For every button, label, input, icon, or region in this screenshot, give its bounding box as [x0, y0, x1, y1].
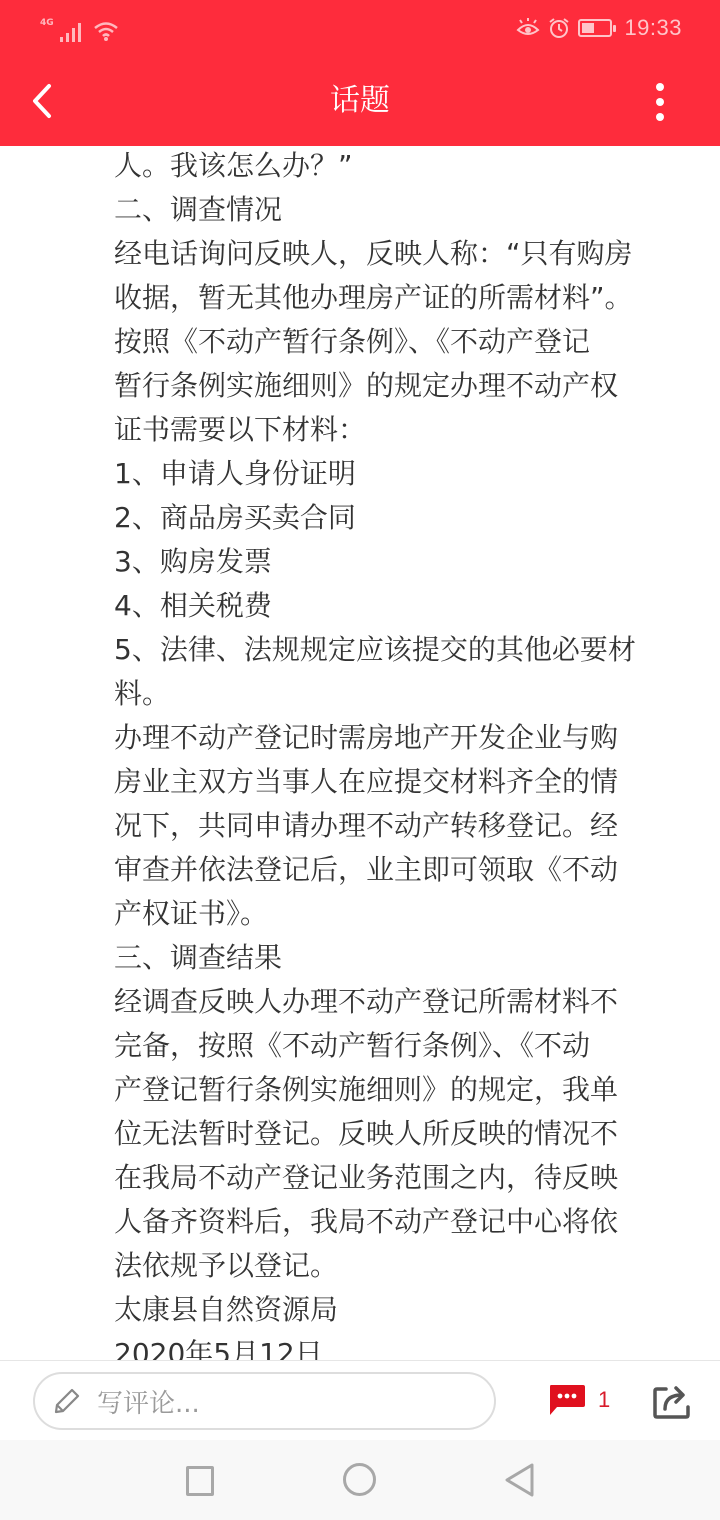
signature-organization: 太康县自然资源局 [114, 1288, 694, 1332]
nav-back-button[interactable] [503, 1462, 537, 1498]
article-line: 暂行条例实施细则》的规定办理不动产权 [114, 364, 694, 408]
eye-comfort-icon [516, 17, 540, 39]
article-line: 经电话询问反映人，反映人称：“只有购房 [114, 232, 694, 276]
comment-count: 1 [598, 1387, 610, 1413]
article-line: 证书需要以下材料： [114, 408, 694, 452]
article-line: 审查并依法登记后，业主即可领取《不动 [114, 848, 694, 892]
list-item: 3、购房发票 [114, 540, 694, 584]
article-line: 经调查反映人办理不动产登记所需材料不 [114, 980, 694, 1024]
article-line: 人。我该怎么办？” [114, 146, 694, 188]
system-nav-bar [0, 1440, 720, 1520]
home-button[interactable] [343, 1463, 376, 1496]
article-line: 办理不动产登记时需房地产开发企业与购 [114, 716, 694, 760]
comment-bar: 写评论... 1 [0, 1360, 720, 1440]
more-options-button[interactable] [642, 80, 678, 124]
list-item: 2、商品房买卖合同 [114, 496, 694, 540]
network-type-label: 4G [40, 18, 54, 28]
article-line: 产权证书》。 [114, 892, 694, 936]
comment-input[interactable]: 写评论... [33, 1372, 496, 1430]
comments-button[interactable]: 1 [548, 1383, 610, 1417]
article-line: 收据，暂无其他办理房产证的所需材料”。 [114, 276, 694, 320]
recent-apps-button[interactable] [186, 1466, 214, 1496]
list-item: 4、相关税费 [114, 584, 694, 628]
wifi-icon [93, 20, 119, 42]
list-item: 5、法律、法规规定应该提交的其他必要材 [114, 628, 694, 672]
status-left-group: 4G [40, 14, 119, 42]
more-vertical-icon-dot [656, 113, 664, 121]
status-bar: 4G 19:33 [0, 0, 720, 56]
more-vertical-icon-dot [656, 98, 664, 106]
app-bar: 话题 [0, 56, 720, 146]
section-heading-result: 三、调查结果 [114, 936, 694, 980]
article-line: 房业主双方当事人在应提交材料齐全的情 [114, 760, 694, 804]
list-item: 料。 [114, 672, 694, 716]
article-line: 完备，按照《不动产暂行条例》、《不动 [114, 1024, 694, 1068]
section-heading-investigation: 二、调查情况 [114, 188, 694, 232]
list-item: 1、申请人身份证明 [114, 452, 694, 496]
article-line: 人备齐资料后，我局不动产登记中心将依 [114, 1200, 694, 1244]
status-right-group: 19:33 [516, 12, 682, 44]
article-line: 在我局不动产登记业务范围之内，待反映 [114, 1156, 694, 1200]
clock: 19:33 [624, 15, 682, 41]
alarm-icon [548, 17, 570, 39]
article-line: 法依规予以登记。 [114, 1244, 694, 1288]
pencil-icon [53, 1387, 81, 1415]
article-body: 人。我该怎么办？” 二、调查情况 经电话询问反映人，反映人称：“只有购房 收据，… [114, 146, 694, 1360]
share-icon[interactable] [652, 1383, 692, 1419]
comment-placeholder: 写评论... [97, 1383, 200, 1420]
battery-icon [578, 19, 612, 37]
signal-icon [60, 20, 81, 42]
article-line: 按照《不动产暂行条例》、《不动产登记 [114, 320, 694, 364]
more-vertical-icon-dot [656, 83, 664, 91]
comment-bubble-icon [548, 1383, 586, 1417]
signature-date: 2020年5月12日 [114, 1332, 694, 1360]
article-line: 位无法暂时登记。反映人所反映的情况不 [114, 1112, 694, 1156]
article-line: 产登记暂行条例实施细则》的规定，我单 [114, 1068, 694, 1112]
article-scroll-area[interactable]: 人。我该怎么办？” 二、调查情况 经电话询问反映人，反映人称：“只有购房 收据，… [0, 146, 720, 1360]
page-title: 话题 [0, 56, 720, 146]
article-line: 况下，共同申请办理不动产转移登记。经 [114, 804, 694, 848]
